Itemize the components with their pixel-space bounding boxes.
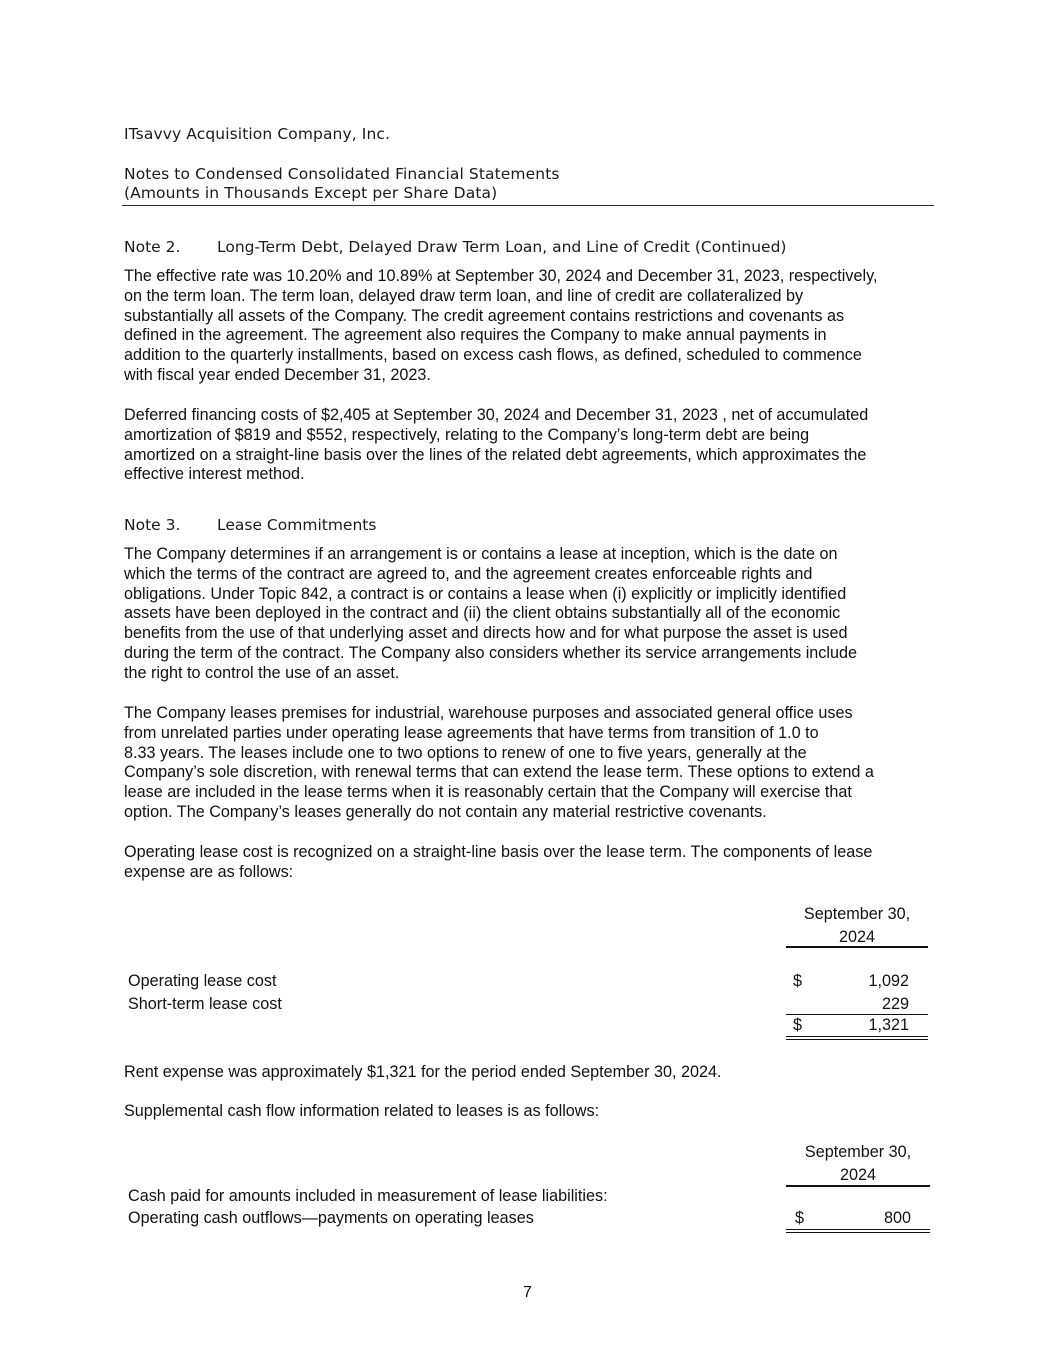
header-rule	[122, 205, 934, 206]
note2-heading: Note 2.Long-Term Debt, Delayed Draw Term…	[124, 238, 786, 256]
column-header-rule	[786, 946, 928, 948]
document-title: Notes to Condensed Consolidated Financia…	[124, 165, 560, 183]
subtotal-rule	[786, 1014, 928, 1015]
note2-paragraph-1: The effective rate was 10.20% and 10.89%…	[124, 267, 936, 386]
supplemental-text: Supplemental cash flow information relat…	[124, 1102, 936, 1122]
note3-number: Note 3.	[124, 516, 217, 534]
company-name: ITsavvy Acquisition Company, Inc.	[124, 125, 390, 143]
note3-paragraph-3: Operating lease cost is recognized on a …	[124, 843, 936, 883]
rent-expense-text: Rent expense was approximately $1,321 fo…	[124, 1063, 936, 1083]
note3-paragraph-2: The Company leases premises for industri…	[124, 704, 936, 823]
note2-paragraph-2: Deferred financing costs of $2,405 at Se…	[124, 406, 936, 485]
lease-cost-column-header: September 30, 2024	[786, 903, 928, 949]
page-number: 7	[0, 1284, 1055, 1302]
note2-title: Long-Term Debt, Delayed Draw Term Loan, …	[217, 238, 786, 256]
document-page: ITsavvy Acquisition Company, Inc. Notes …	[0, 0, 1055, 1365]
note3-title: Lease Commitments	[217, 516, 376, 534]
document-subtitle: (Amounts in Thousands Except per Share D…	[124, 184, 497, 202]
cash-flow-column-header: September 30, 2024	[786, 1141, 930, 1187]
total-double-rule	[786, 1036, 928, 1040]
column-header-rule	[786, 1185, 930, 1187]
cash-flow-section-label: Cash paid for amounts included in measur…	[128, 1187, 608, 1206]
note3-heading: Note 3.Lease Commitments	[124, 516, 376, 534]
total-double-rule	[786, 1229, 930, 1233]
note2-number: Note 2.	[124, 238, 217, 256]
note3-paragraph-1: The Company determines if an arrangement…	[124, 545, 936, 684]
